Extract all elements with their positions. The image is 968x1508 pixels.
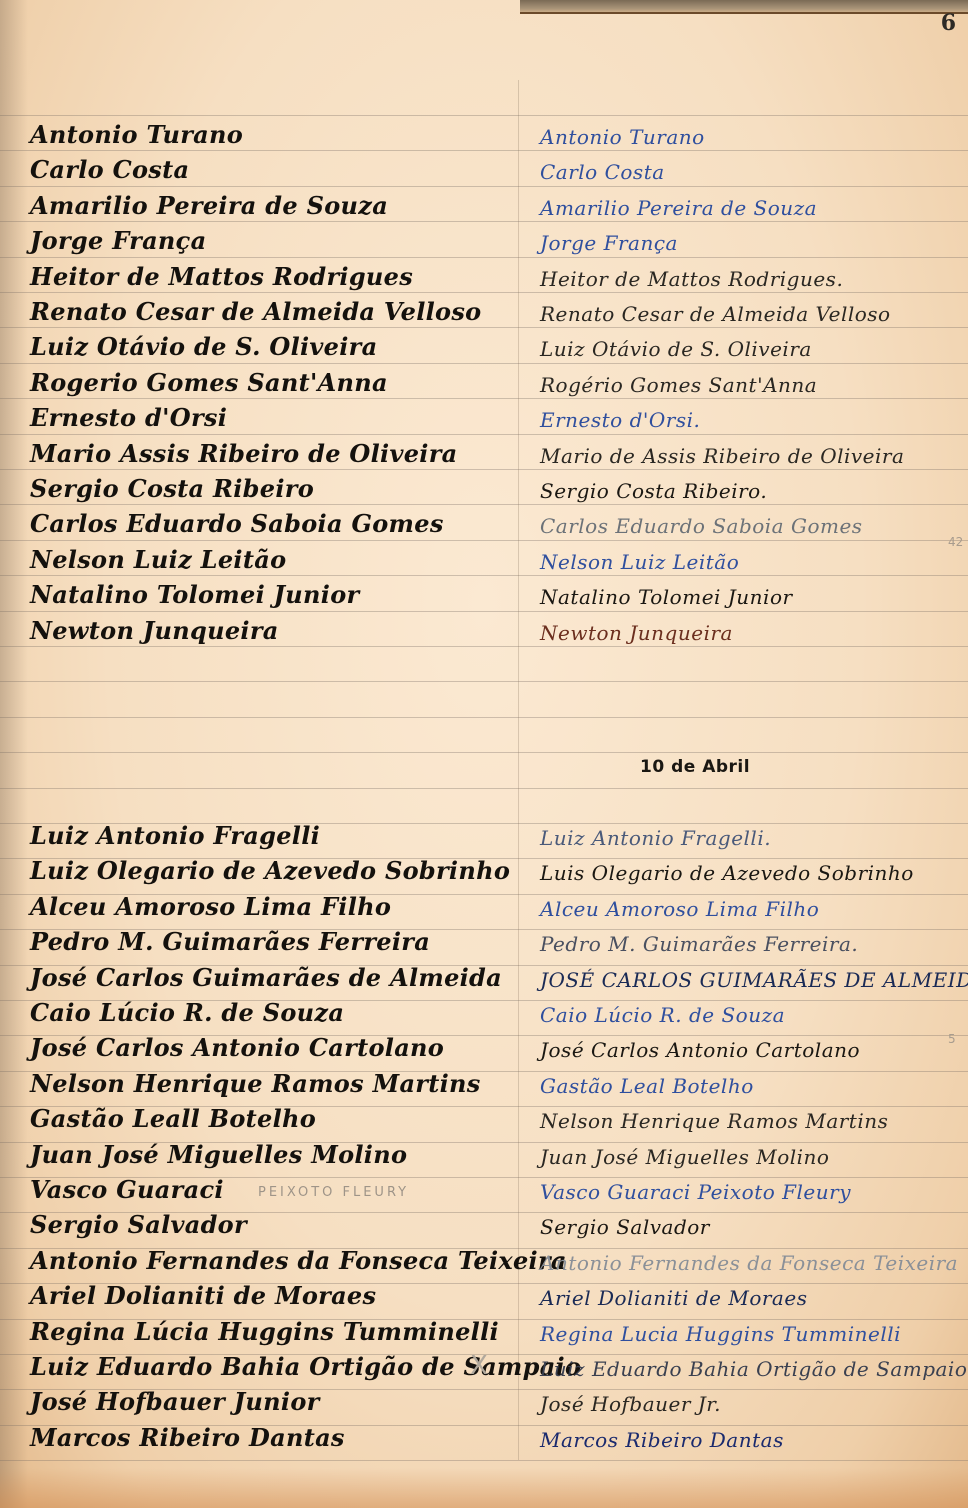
ledger-row: Natalino Tolomei JuniorNatalino Tolomei …	[0, 576, 968, 611]
printed-name: Gastão Leall Botelho	[30, 1104, 316, 1133]
ledger-row: Regina Lúcia Huggins TumminelliRegina Lu…	[0, 1313, 968, 1348]
margin-mark: 5	[948, 1032, 956, 1046]
pencil-x-mark: X	[470, 1351, 488, 1381]
signature: Natalino Tolomei Junior	[540, 585, 793, 609]
signature: Luiz Eduardo Bahia Ortigão de Sampaio	[540, 1357, 967, 1381]
signature: Ariel Dolianiti de Moraes	[540, 1286, 807, 1310]
ledger-row: José Hofbauer JuniorJosé Hofbauer Jr.	[0, 1383, 968, 1418]
ledger-row: Renato Cesar de Almeida VellosoRenato Ce…	[0, 293, 968, 328]
printed-name: Antonio Fernandes da Fonseca Teixeira	[30, 1246, 567, 1275]
ledger-row: Amarilio Pereira de SouzaAmarilio Pereir…	[0, 187, 968, 222]
date-header: 10 de Abril	[640, 757, 750, 777]
ledger-row: Luiz Otávio de S. OliveiraLuiz Otávio de…	[0, 328, 968, 363]
printed-name: Carlos Eduardo Saboia Gomes	[30, 509, 444, 538]
printed-name: Sergio Costa Ribeiro	[30, 474, 314, 503]
signature: Luis Olegario de Azevedo Sobrinho	[540, 861, 914, 885]
printed-name: Sergio Salvador	[30, 1210, 247, 1239]
ruled-line	[0, 1460, 968, 1461]
signature: Gastão Leal Botelho	[540, 1074, 754, 1098]
ruled-line	[0, 717, 968, 718]
printed-name: José Carlos Antonio Cartolano	[30, 1033, 444, 1062]
printed-name: Juan José Miguelles Molino	[30, 1140, 407, 1169]
ledger-row: Vasco GuaraciPEIXOTO FLEURYVasco Guaraci…	[0, 1171, 968, 1206]
ledger-row: Mario Assis Ribeiro de OliveiraMario de …	[0, 435, 968, 470]
ledger-row: Luiz Antonio FragelliLuiz Antonio Fragel…	[0, 817, 968, 852]
signature: Nelson Henrique Ramos Martins	[540, 1109, 888, 1133]
signature: Amarilio Pereira de Souza	[540, 196, 817, 220]
signature: Carlo Costa	[540, 160, 665, 184]
printed-name: Luiz Olegario de Azevedo Sobrinho	[30, 856, 510, 885]
printed-name: Luiz Otávio de S. Oliveira	[30, 332, 377, 361]
ruled-line	[0, 788, 968, 789]
ledger-row: José Carlos Antonio CartolanoJosé Carlos…	[0, 1029, 968, 1064]
ledger-row: Luiz Eduardo Bahia Ortigão de SampaioXLu…	[0, 1348, 968, 1383]
signature: Rogério Gomes Sant'Anna	[540, 373, 817, 397]
ledger-row: Sergio SalvadorSergio Salvador	[0, 1206, 968, 1241]
printed-name: Rogerio Gomes Sant'Anna	[30, 368, 388, 397]
signature: Luiz Antonio Fragelli.	[540, 826, 771, 850]
printed-name: Amarilio Pereira de Souza	[30, 191, 388, 220]
ruled-line	[0, 681, 968, 682]
signature: Sergio Costa Ribeiro.	[540, 479, 767, 503]
signature: Vasco Guaraci Peixoto Fleury	[540, 1180, 851, 1204]
signature: Ernesto d'Orsi.	[540, 408, 700, 432]
signature: Antonio Turano	[540, 125, 705, 149]
ledger-row: Juan José Miguelles MolinoJuan José Migu…	[0, 1136, 968, 1171]
ledger-row: Newton JunqueiraNewton Junqueira	[0, 612, 968, 647]
printed-name: Regina Lúcia Huggins Tumminelli	[30, 1317, 499, 1346]
margin-mark: 42	[948, 535, 963, 549]
printed-name: Ernesto d'Orsi	[30, 403, 227, 432]
printed-name: Pedro M. Guimarães Ferreira	[30, 927, 430, 956]
printed-name: Vasco Guaraci	[30, 1175, 224, 1204]
ledger-page: 6 Antonio TuranoAntonio TuranoCarlo Cost…	[0, 0, 968, 1508]
ledger-row: Sergio Costa RibeiroSergio Costa Ribeiro…	[0, 470, 968, 505]
ledger-row: Jorge FrançaJorge França	[0, 222, 968, 257]
ledger-row: Nelson Henrique Ramos MartinsGastão Leal…	[0, 1065, 968, 1100]
signature: Renato Cesar de Almeida Velloso	[540, 302, 891, 326]
printed-name: Natalino Tolomei Junior	[30, 580, 359, 609]
printed-name: Carlo Costa	[30, 155, 189, 184]
ledger-row: Rogerio Gomes Sant'AnnaRogério Gomes San…	[0, 364, 968, 399]
water-stain	[0, 1468, 968, 1508]
printed-name: Marcos Ribeiro Dantas	[30, 1423, 345, 1452]
signature: Caio Lúcio R. de Souza	[540, 1003, 785, 1027]
ledger-row: José Carlos Guimarães de AlmeidaJOSÉ CAR…	[0, 959, 968, 994]
signature: Juan José Miguelles Molino	[540, 1145, 829, 1169]
signature: Heitor de Mattos Rodrigues.	[540, 267, 843, 291]
printed-name: Luiz Antonio Fragelli	[30, 821, 320, 850]
ledger-row: Heitor de Mattos RodriguesHeitor de Matt…	[0, 258, 968, 293]
printed-name: José Carlos Guimarães de Almeida	[30, 963, 502, 992]
signature: Alceu Amoroso Lima Filho	[540, 897, 819, 921]
signature: Antonio Fernandes da Fonseca Teixeira	[540, 1251, 958, 1275]
printed-name: Nelson Luiz Leitão	[30, 545, 286, 574]
ledger-row: Antonio TuranoAntonio Turano	[0, 116, 968, 151]
printed-name: Alceu Amoroso Lima Filho	[30, 892, 391, 921]
signature: Mario de Assis Ribeiro de Oliveira	[540, 444, 904, 468]
signature: Luiz Otávio de S. Oliveira	[540, 337, 812, 361]
printed-name: Mario Assis Ribeiro de Oliveira	[30, 439, 457, 468]
ledger-row: Marcos Ribeiro DantasMarcos Ribeiro Dant…	[0, 1419, 968, 1454]
signature: Sergio Salvador	[540, 1215, 710, 1239]
signature: Newton Junqueira	[540, 621, 733, 645]
printed-name: Luiz Eduardo Bahia Ortigão de Sampaio	[30, 1352, 581, 1381]
signature: Jorge França	[540, 231, 678, 255]
ledger-row: Nelson Luiz LeitãoNelson Luiz Leitão	[0, 541, 968, 576]
printed-name: Antonio Turano	[30, 120, 243, 149]
ledger-row: Ernesto d'OrsiErnesto d'Orsi.	[0, 399, 968, 434]
signature: Carlos Eduardo Saboia Gomes	[540, 514, 863, 538]
ledger-row: Ariel Dolianiti de MoraesAriel Dolianiti…	[0, 1277, 968, 1312]
signature: José Carlos Antonio Cartolano	[540, 1038, 860, 1062]
pencil-annotation: PEIXOTO FLEURY	[258, 1185, 409, 1200]
ledger-row: Caio Lúcio R. de SouzaCaio Lúcio R. de S…	[0, 994, 968, 1029]
ledger-row: Pedro M. Guimarães FerreiraPedro M. Guim…	[0, 923, 968, 958]
ledger-row: Carlos Eduardo Saboia GomesCarlos Eduard…	[0, 505, 968, 540]
printed-name: Newton Junqueira	[30, 616, 279, 645]
signature: Regina Lucia Huggins Tumminelli	[540, 1322, 901, 1346]
ledger-row: Alceu Amoroso Lima FilhoAlceu Amoroso Li…	[0, 888, 968, 923]
printed-name: Ariel Dolianiti de Moraes	[30, 1281, 376, 1310]
ledger-row: Antonio Fernandes da Fonseca TeixeiraAnt…	[0, 1242, 968, 1277]
page-top-edge	[520, 0, 968, 14]
signature: José Hofbauer Jr.	[540, 1392, 721, 1416]
printed-name: Caio Lúcio R. de Souza	[30, 998, 344, 1027]
printed-name: Renato Cesar de Almeida Velloso	[30, 297, 481, 326]
signature: Nelson Luiz Leitão	[540, 550, 739, 574]
signature: JOSÉ CARLOS GUIMARÃES DE ALMEIDA.	[540, 968, 968, 992]
printed-name: José Hofbauer Junior	[30, 1387, 320, 1416]
page-number: 6	[941, 10, 956, 36]
ledger-row: Luiz Olegario de Azevedo SobrinhoLuis Ol…	[0, 852, 968, 887]
ruled-line	[0, 752, 968, 753]
ledger-row: Gastão Leall BotelhoNelson Henrique Ramo…	[0, 1100, 968, 1135]
signature: Marcos Ribeiro Dantas	[540, 1428, 784, 1452]
printed-name: Heitor de Mattos Rodrigues	[30, 262, 413, 291]
printed-name: Nelson Henrique Ramos Martins	[30, 1069, 481, 1098]
signature: Pedro M. Guimarães Ferreira.	[540, 932, 858, 956]
printed-name: Jorge França	[30, 226, 206, 255]
ledger-row: Carlo CostaCarlo Costa	[0, 151, 968, 186]
